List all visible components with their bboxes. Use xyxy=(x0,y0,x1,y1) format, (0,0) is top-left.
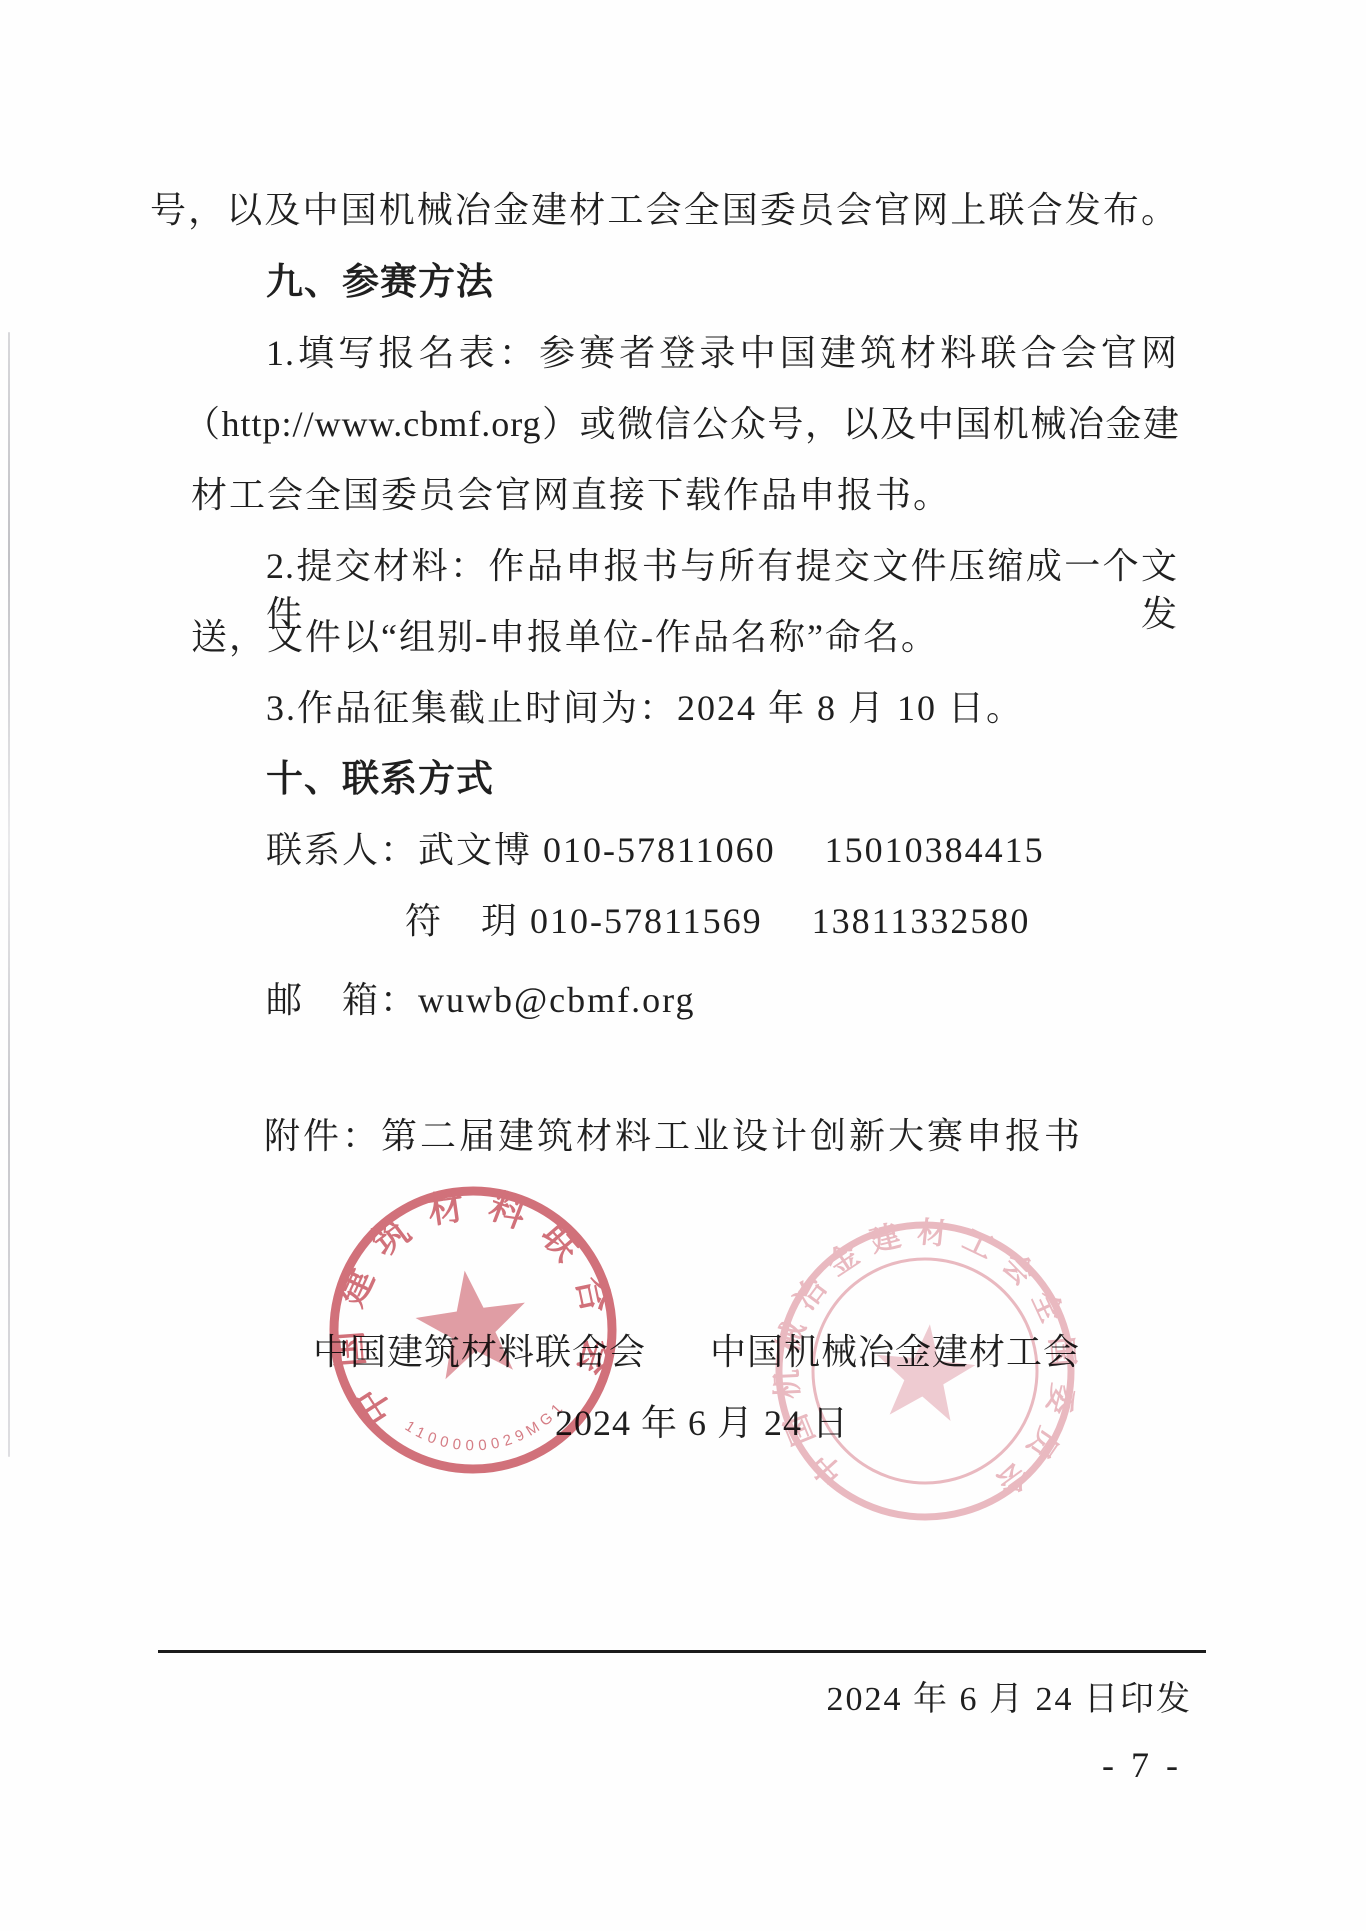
print-date-line: 2024 年 6 月 24 日印发 xyxy=(827,1676,1193,1724)
paragraph-2-line-1: 2.提交材料：作品申报书与所有提交文件压缩成一个文件发 xyxy=(266,542,1178,590)
svg-text:1100000029MG1: 1100000029MG1 xyxy=(400,1396,574,1465)
page-number: - 7 - xyxy=(1102,1741,1182,1789)
section-10-heading: 十、联系方式 xyxy=(266,755,494,803)
official-seal-cbmf: 中国建筑材料联合会 1100000029MG1 xyxy=(306,1163,640,1497)
scan-crease-artifact xyxy=(8,332,10,1457)
official-seal-machinery-union: 中国机械冶金建材工会全国委员会 xyxy=(757,1203,1093,1539)
seal-left-serial: 1100000029MG1 xyxy=(400,1396,574,1465)
section-9-heading: 九、参赛方法 xyxy=(266,258,494,306)
contact-line-2: 符 玥 010-57811569 13811332580 xyxy=(405,897,1030,945)
seal-right-star-icon xyxy=(871,1319,979,1423)
document-page: 号，以及中国机械冶金建材工会全国委员会官网上联合发布。 九、参赛方法 1.填写报… xyxy=(0,0,1366,1931)
footer-divider xyxy=(158,1650,1206,1653)
intro-line: 号，以及中国机械冶金建材工会全国委员会官网上联合发布。 xyxy=(150,186,1178,234)
paragraph-3-line: 3.作品征集截止时间为：2024 年 8 月 10 日。 xyxy=(266,684,1024,732)
paragraph-1-line-1: 1.填写报名表：参赛者登录中国建筑材料联合会官网 xyxy=(266,329,1178,377)
email-line: 邮 箱：wuwb@cbmf.org xyxy=(266,976,695,1024)
attachment-line: 附件：第二届建筑材料工业设计创新大赛申报书 xyxy=(264,1112,1083,1160)
paragraph-1-line-2: （http://www.cbmf.org）或微信公众号，以及中国机械冶金建 xyxy=(184,400,1180,448)
paragraph-1-line-3: 材工会全国委员会官网直接下载作品申报书。 xyxy=(191,471,951,519)
contact-line-1: 联系人：武文博 010-57811060 15010384415 xyxy=(266,826,1045,874)
paragraph-2-line-2: 送，文件以“组别-申报单位-作品名称”命名。 xyxy=(191,613,939,661)
seal-left-star-icon xyxy=(410,1263,534,1382)
